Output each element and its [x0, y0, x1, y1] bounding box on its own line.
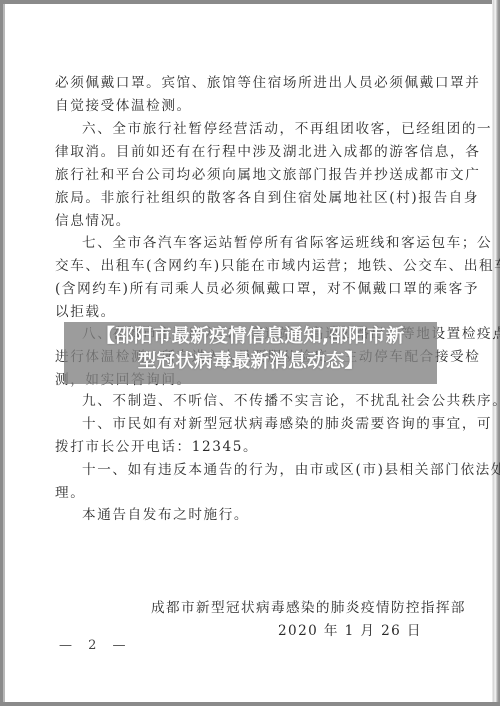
paragraph-line: 理。	[55, 485, 440, 501]
paragraph-line: 十一、如有违反本通告的行为，由市或区(市)县相关部门依法处	[82, 462, 440, 478]
paragraph-line: 必须佩戴口罩。宾馆、旅馆等住宿场所进出人员必须佩戴口罩并	[55, 75, 440, 91]
paragraph-line: 七、全市各汽车客运站暂停所有省际客运班线和客运包车；公	[82, 235, 440, 251]
paragraph-line: 拨打市长公开电话：12345。	[55, 439, 440, 455]
paragraph-line: 自觉接受体温检测。	[55, 98, 440, 114]
paragraph-line: 旅局。非旅行社组织的散客各自到住宿处属地社区(村)报告自身	[55, 190, 440, 206]
overlay-title: 【邵阳市最新疫情信息通知,邵阳市新 型冠状病毒最新消息动态】	[64, 324, 437, 374]
paragraph-line: 六、全市旅行社暂停经营活动，不再组团收客，已经组团的一	[82, 121, 440, 137]
paragraph-line: 律取消。目前如还有在行程中涉及湖北进入成都的游客信息，各	[55, 144, 440, 160]
overlay-title-line-2: 型冠状病毒最新消息动态】	[64, 349, 437, 374]
paragraph-line: 信息情况。	[55, 213, 440, 229]
page-right-edge	[492, 0, 500, 706]
overlay-title-line-1: 【邵阳市最新疫情信息通知,邵阳市新	[64, 324, 437, 349]
issue-date: 2020 年 1 月 26 日	[278, 619, 422, 639]
page-number: — 2 —	[59, 638, 132, 653]
paragraph-line: 以拒载。	[55, 304, 440, 320]
paragraph-line: 本通告自发布之时施行。	[82, 507, 440, 523]
paragraph-line: 九、不制造、不听信、不传播不实言论，不扰乱社会公共秩序。	[82, 393, 440, 409]
paragraph-line: 十、市民如有对新型冠状病毒感染的肺炎需要咨询的事宜，可	[82, 416, 440, 432]
page-bottom-edge	[0, 702, 500, 706]
issuer-signature: 成都市新型冠状病毒感染的肺炎疫情防控指挥部	[151, 596, 466, 616]
paragraph-line: 交车、出租车(含网约车)只能在市域内运营；地铁、公交车、出租车	[55, 258, 440, 274]
paragraph-line: 旅行社和平台公司均必须向属地文旅部门报告并抄送成都市文广	[55, 167, 440, 183]
paragraph-line: (含网约车)所有司乘人员必须佩戴口罩，对不佩戴口罩的乘客予	[55, 281, 440, 297]
